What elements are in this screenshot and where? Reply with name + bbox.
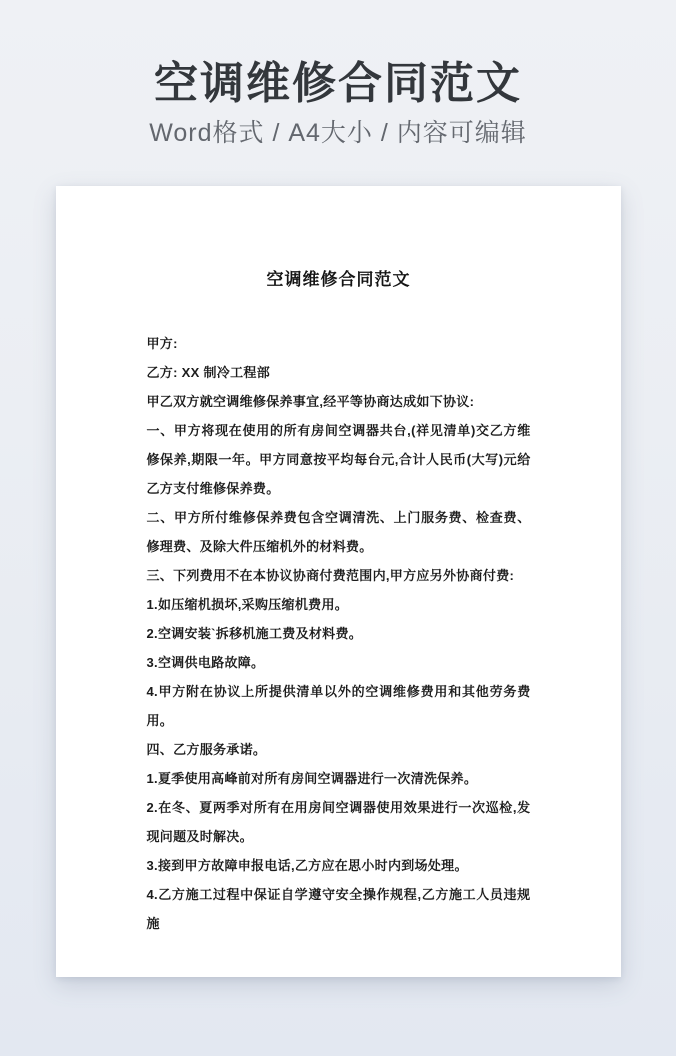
document-paragraph: 1.如压缩机损坏,采购压缩机费用。 (147, 590, 531, 619)
document-paragraph: 3.接到甲方故障申报电话,乙方应在思小时内到场处理。 (147, 851, 531, 880)
document-page: 空调维修合同范文 甲方:乙方: XX 制冷工程部甲乙双方就空调维修保养事宜,经平… (56, 186, 621, 977)
document-paragraph: 1.夏季使用高峰前对所有房间空调器进行一次清洗保养。 (147, 764, 531, 793)
document-paragraph: 4.乙方施工过程中保证自学遵守安全操作规程,乙方施工人员违规施 (147, 880, 531, 938)
document-paragraph: 4.甲方附在协议上所提供清单以外的空调维修费用和其他劳务费用。 (147, 677, 531, 735)
document-paragraph: 甲乙双方就空调维修保养事宜,经平等协商达成如下协议: (147, 387, 531, 416)
document-paragraph: 二、甲方所付维修保养费包含空调清洗、上门服务费、检查费、修理费、及除大件压缩机外… (147, 503, 531, 561)
document-paragraph: 三、下列费用不在本协议协商付费范围内,甲方应另外协商付费: (147, 561, 531, 590)
document-paragraph: 2.在冬、夏两季对所有在用房间空调器使用效果进行一次巡检,发现问题及时解决。 (147, 793, 531, 851)
document-paragraph: 甲方: (147, 329, 531, 358)
document-paragraph: 3.空调供电路故障。 (147, 648, 531, 677)
document-paragraph: 乙方: XX 制冷工程部 (147, 358, 531, 387)
document-body: 甲方:乙方: XX 制冷工程部甲乙双方就空调维修保养事宜,经平等协商达成如下协议… (147, 329, 531, 938)
template-subtitle: Word格式 / A4大小 / 内容可编辑 (0, 116, 676, 150)
document-paragraph: 2.空调安装`拆移机施工费及材料费。 (147, 619, 531, 648)
template-header: 空调维修合同范文 Word格式 / A4大小 / 内容可编辑 (0, 0, 676, 150)
document-title: 空调维修合同范文 (147, 268, 531, 292)
document-paragraph: 一、甲方将现在使用的所有房间空调器共台,(祥见清单)交乙方维修保养,期限一年。甲… (147, 416, 531, 503)
document-paragraph: 四、乙方服务承诺。 (147, 735, 531, 764)
template-title: 空调维修合同范文 (0, 56, 676, 112)
